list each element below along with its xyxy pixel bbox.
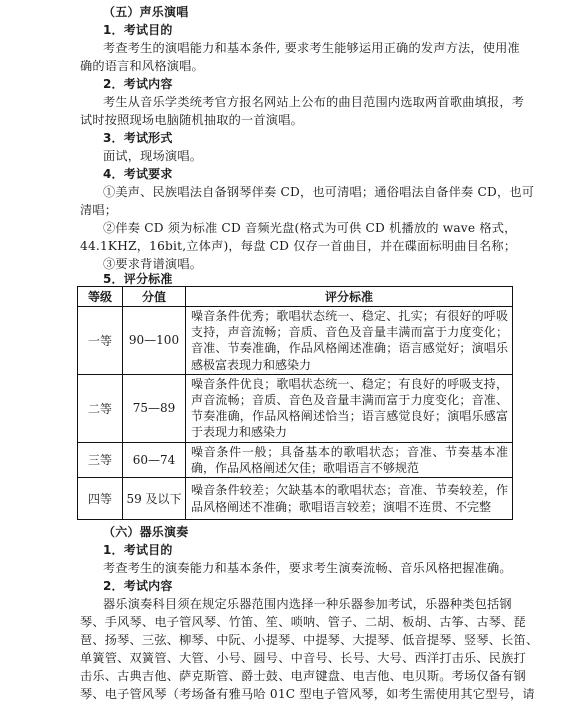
header-grade: 等级 (78, 287, 123, 307)
s6-heading-purpose: 1．考试目的 (103, 542, 173, 558)
header-score: 分值 (123, 287, 186, 307)
s6-content-line-6: 琴、电子管风琴（考场备有雅马哈 01C 型电子管风琴，如考生需使用其它型号，请 (80, 686, 510, 702)
grade-cell: 三等 (78, 442, 123, 477)
s5-req-2-line-2: 44.1KHZ，16bit,立体声)，每盘 CD 仅存一首曲目，并在碟面标明曲目… (80, 238, 516, 254)
s6-content-line-5: 击乐、古典吉他、萨克斯管、爵士鼓、电声键盘、电吉他、电贝斯。考场仅备有钢 (80, 668, 510, 684)
table-row: 四等 59 及以下 噪音条件较差；欠缺基本的歌唱状态；音准、节奏较差，作品风格阐… (78, 478, 513, 520)
s6-heading-content: 2．考试内容 (103, 578, 173, 594)
criteria-cell: 噪音条件较差；欠缺基本的歌唱状态；音准、节奏较差，作品风格阐述不准确；歌唱语言较… (186, 478, 513, 520)
score-cell: 59 及以下 (123, 478, 186, 520)
header-criteria: 评分标准 (186, 287, 513, 307)
s5-heading-scoring: 5．评分标准 (103, 271, 173, 287)
s5-heading-content: 2．考试内容 (103, 76, 173, 92)
s5-purpose-text-1: 考查考生的演唱能力和基本条件, 要求考生能够运用正确的发声方法，使用准 (103, 40, 510, 56)
table-row: 三等 60—74 噪音条件一般；具备基本的歌唱状态；音准、节奏基本准确，作品风格… (78, 442, 513, 477)
criteria-cell: 噪音条件一般；具备基本的歌唱状态；音准、节奏基本准确，作品风格阐述欠佳；歌唱语言… (186, 442, 513, 477)
document-page: （五）声乐演唱 1．考试目的 考查考生的演唱能力和基本条件, 要求考生能够运用正… (0, 0, 587, 704)
grade-cell: 一等 (78, 307, 123, 375)
s5-format-text: 面试，现场演唱。 (103, 148, 202, 164)
s5-purpose-text-2: 确的语言和风格演唱。 (80, 58, 204, 74)
s5-heading-requirements: 4．考试要求 (103, 166, 173, 182)
table-row: 二等 75—89 噪音条件优良；歌唱状态统一、稳定；有良好的呼吸支持，声音流畅；… (78, 374, 513, 442)
s5-content-text-2: 试时按照现场电脑随机抽取的一首演唱。 (80, 112, 303, 128)
s5-req-3: ③要求背谱演唱。 (103, 256, 202, 272)
scoring-table: 等级 分值 评分标准 一等 90—100 噪音条件优秀；歌唱状态统一、稳定、扎实… (77, 286, 513, 520)
section-5-title: （五）声乐演唱 (103, 4, 188, 20)
s6-content-line-3: 琶、扬琴、三弦、柳琴、中阮、小提琴、中提琴、大提琴、低音提琴、竖琴、长笛、 (80, 632, 510, 648)
s6-content-line-4: 单簧管、双簧管、大管、小号、圆号、中音号、长号、大号、西洋打击乐、民族打 (80, 650, 510, 666)
table-row: 一等 90—100 噪音条件优秀；歌唱状态统一、稳定、扎实；有很好的呼吸支持，声… (78, 307, 513, 375)
grade-cell: 四等 (78, 478, 123, 520)
s6-content-line-1: 器乐演奏科目须在规定乐器范围内选择一种乐器参加考试，乐器种类包括钢 (103, 596, 510, 612)
s5-req-2-line-1: ②伴奏 CD 须为标准 CD 音频光盘(格式为可供 CD 机播放的 wave 格… (103, 220, 517, 236)
s5-heading-format: 3．考试形式 (103, 130, 173, 146)
s5-req-1-line-2: 清唱； (80, 202, 117, 218)
table-header-row: 等级 分值 评分标准 (78, 287, 513, 307)
criteria-cell: 噪音条件优良；歌唱状态统一、稳定；有良好的呼吸支持，声音流畅；音质、音色及音量丰… (186, 374, 513, 442)
score-cell: 60—74 (123, 442, 186, 477)
grade-cell: 二等 (78, 374, 123, 442)
score-cell: 75—89 (123, 374, 186, 442)
section-6-title: （六）器乐演奏 (103, 524, 188, 540)
s6-content-line-2: 琴、手风琴、电子管风琴、竹笛、笙、唢呐、管子、二胡、板胡、古筝、古琴、琵 (80, 614, 510, 630)
criteria-cell: 噪音条件优秀；歌唱状态统一、稳定、扎实；有很好的呼吸支持，声音流畅；音质、音色及… (186, 307, 513, 375)
s6-purpose-text: 考查考生的演奏能力和基本条件，要求考生演奏流畅、音乐风格把握准确。 (103, 560, 512, 576)
s5-heading-purpose: 1．考试目的 (103, 22, 173, 38)
s5-content-text-1: 考生从音乐学类统考官方报名网站上公布的曲目范围内选取两首歌曲填报，考 (103, 94, 510, 110)
score-cell: 90—100 (123, 307, 186, 375)
s5-req-1-line-1: ①美声、民族唱法自备钢琴伴奏 CD，也可清唱；通俗唱法自备伴奏 CD，也可 (103, 184, 510, 200)
